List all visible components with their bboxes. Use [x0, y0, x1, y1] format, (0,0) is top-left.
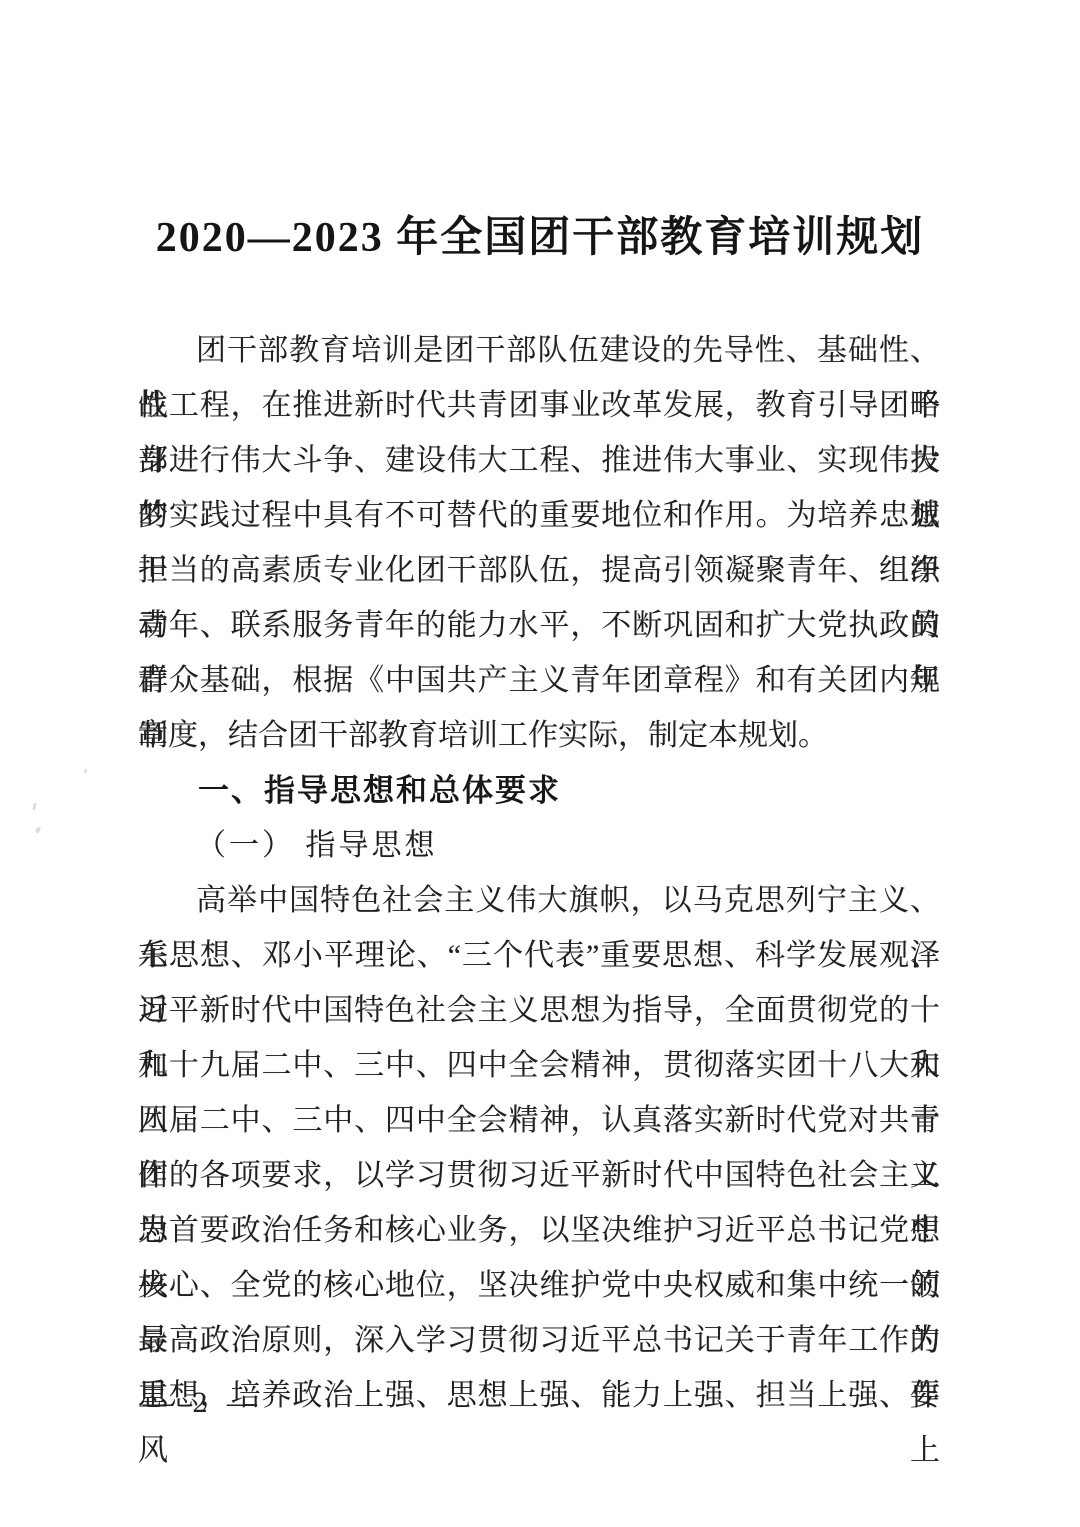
- text-line: 担当的高素质专业化团干部队伍，提高引领凝聚青年、组织动员: [138, 543, 940, 598]
- text-line: 八届二中、三中、四中全会精神，认真落实新时代党对共青团工: [138, 1093, 940, 1148]
- text-line: 核心、全党的核心地位，坚决维护党中央权威和集中统一领导为: [138, 1258, 940, 1313]
- text-line: 青年、联系服务青年的能力水平，不断巩固和扩大党执政的青年: [138, 598, 940, 653]
- scan-speck: [32, 803, 37, 811]
- scan-speck: [35, 826, 41, 833]
- text-line: 制度，结合团干部教育培训工作实际，制定本规划。: [138, 708, 940, 763]
- text-line: 身进行伟大斗争、建设伟大工程、推进伟大事业、实现伟大梦想: [138, 433, 940, 488]
- text-line: 作的各项要求，以学习贯彻习近平新时代中国特色社会主义思想: [138, 1148, 940, 1203]
- document-title: 2020—2023 年全国团干部教育培训规划: [140, 204, 940, 264]
- text-line: 群众基础，根据《中国共产主义青年团章程》和有关团内规章: [138, 653, 940, 708]
- text-line: 性工程，在推进新时代共青团事业改革发展，教育引导团干部投: [138, 378, 940, 433]
- text-line: 的实践过程中具有不可替代的重要地位和作用。为培养忠诚干净: [138, 488, 940, 543]
- section-heading-1: 一、指导思想和总体要求: [198, 763, 561, 818]
- paragraph-guiding-ideology: 高举中国特色社会主义伟大旗帜，以马克思列宁主义、毛泽东思想、邓小平理论、“三个代…: [138, 873, 940, 1423]
- page-number: — 2 —: [143, 1383, 263, 1423]
- paragraph-intro: 团干部教育培训是团干部队伍建设的先导性、基础性、战略性工程，在推进新时代共青团事…: [138, 323, 940, 763]
- text-line: 为首要政治任务和核心业务，以坚决维护习近平总书记党中央的: [138, 1203, 940, 1258]
- document-page: 2020—2023 年全国团干部教育培训规划 团干部教育培训是团干部队伍建设的先…: [0, 0, 1080, 1527]
- text-line: 近平新时代中国特色社会主义思想为指导，全面贯彻党的十九大: [138, 983, 940, 1038]
- text-line: 团干部教育培训是团干部队伍建设的先导性、基础性、战略: [138, 323, 940, 378]
- scan-speck: [83, 769, 87, 774]
- sub-heading-1-1: （一） 指导思想: [196, 818, 438, 873]
- text-line: 最高政治原则，深入学习贯彻习近平总书记关于青年工作的重要: [138, 1313, 940, 1368]
- text-line: 高举中国特色社会主义伟大旗帜，以马克思列宁主义、毛泽: [138, 873, 940, 928]
- text-line: 东思想、邓小平理论、“三个代表”重要思想、科学发展观、习: [138, 928, 940, 983]
- text-line: 和十九届二中、三中、四中全会精神，贯彻落实团十八大和团十: [138, 1038, 940, 1093]
